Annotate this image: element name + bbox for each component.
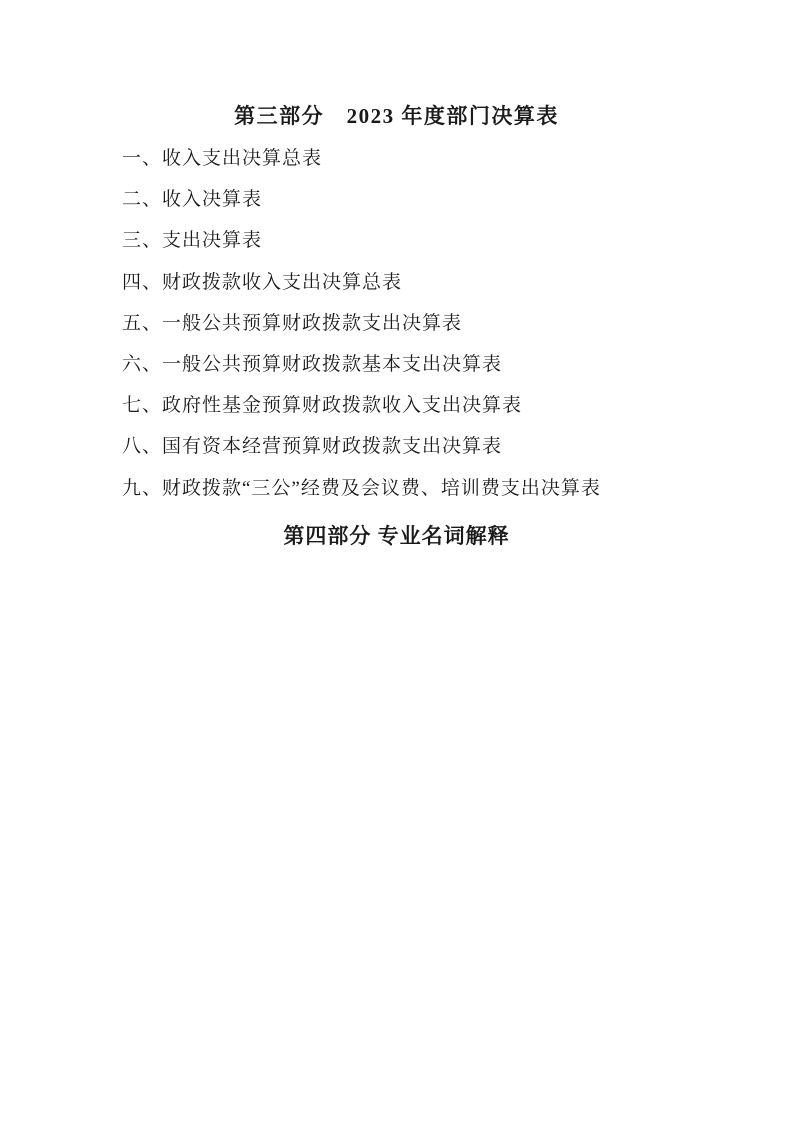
toc-item: 三、支出决算表 (122, 220, 671, 261)
toc-item: 四、财政拨款收入支出决算总表 (122, 262, 671, 303)
section-4-heading: 第四部分 专业名词解释 (122, 524, 671, 548)
toc-item: 二、收入决算表 (122, 179, 671, 220)
toc-item: 七、政府性基金预算财政拨款收入支出决算表 (122, 385, 671, 426)
toc-item: 六、一般公共预算财政拨款基本支出决算表 (122, 344, 671, 385)
toc-item: 一、收入支出决算总表 (122, 138, 671, 179)
section-3-heading: 第三部分 2023 年度部门决算表 (122, 104, 671, 128)
toc-item: 九、财政拨款“三公”经费及会议费、培训费支出决算表 (122, 468, 671, 509)
toc-item: 八、国有资本经营预算财政拨款支出决算表 (122, 426, 671, 467)
toc-item: 五、一般公共预算财政拨款支出决算表 (122, 303, 671, 344)
toc-list: 一、收入支出决算总表 二、收入决算表 三、支出决算表 四、财政拨款收入支出决算总… (122, 138, 671, 509)
document-page: 第三部分 2023 年度部门决算表 一、收入支出决算总表 二、收入决算表 三、支… (0, 0, 793, 1122)
